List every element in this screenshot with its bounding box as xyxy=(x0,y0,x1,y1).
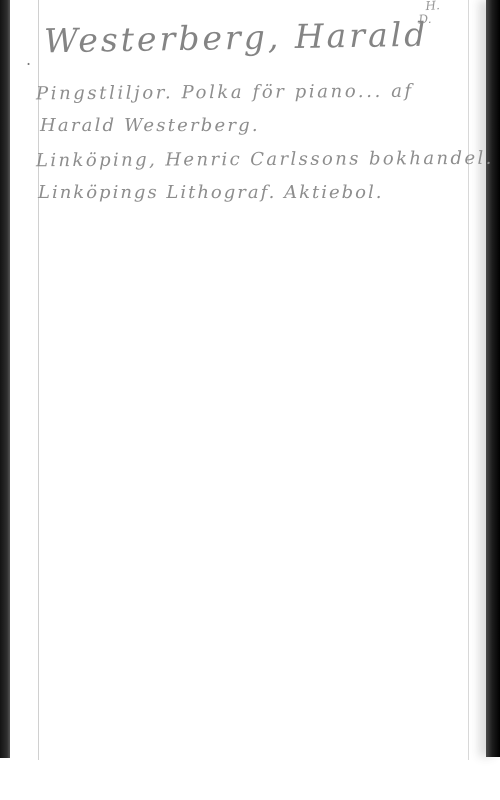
card-line-title: Pingstliljor. Polka för piano... af xyxy=(36,81,414,105)
card-line-printer: Linköpings Lithograf. Aktiebol. xyxy=(38,182,383,203)
scanned-catalog-card-page: H. D. . Westerberg, Harald Pingstliljor.… xyxy=(0,0,500,800)
card-right-edge-line xyxy=(468,0,469,760)
stray-ink-dot: . xyxy=(26,50,31,69)
card-line-author: Harald Westerberg. xyxy=(40,115,260,136)
card-left-edge-line xyxy=(38,0,39,760)
scan-border-left xyxy=(0,0,10,758)
scan-border-right xyxy=(486,0,500,757)
card-heading-author-name: Westerberg, Harald xyxy=(44,15,429,61)
card-line-publisher: Linköping, Henric Carlssons bokhandel. xyxy=(36,148,494,171)
